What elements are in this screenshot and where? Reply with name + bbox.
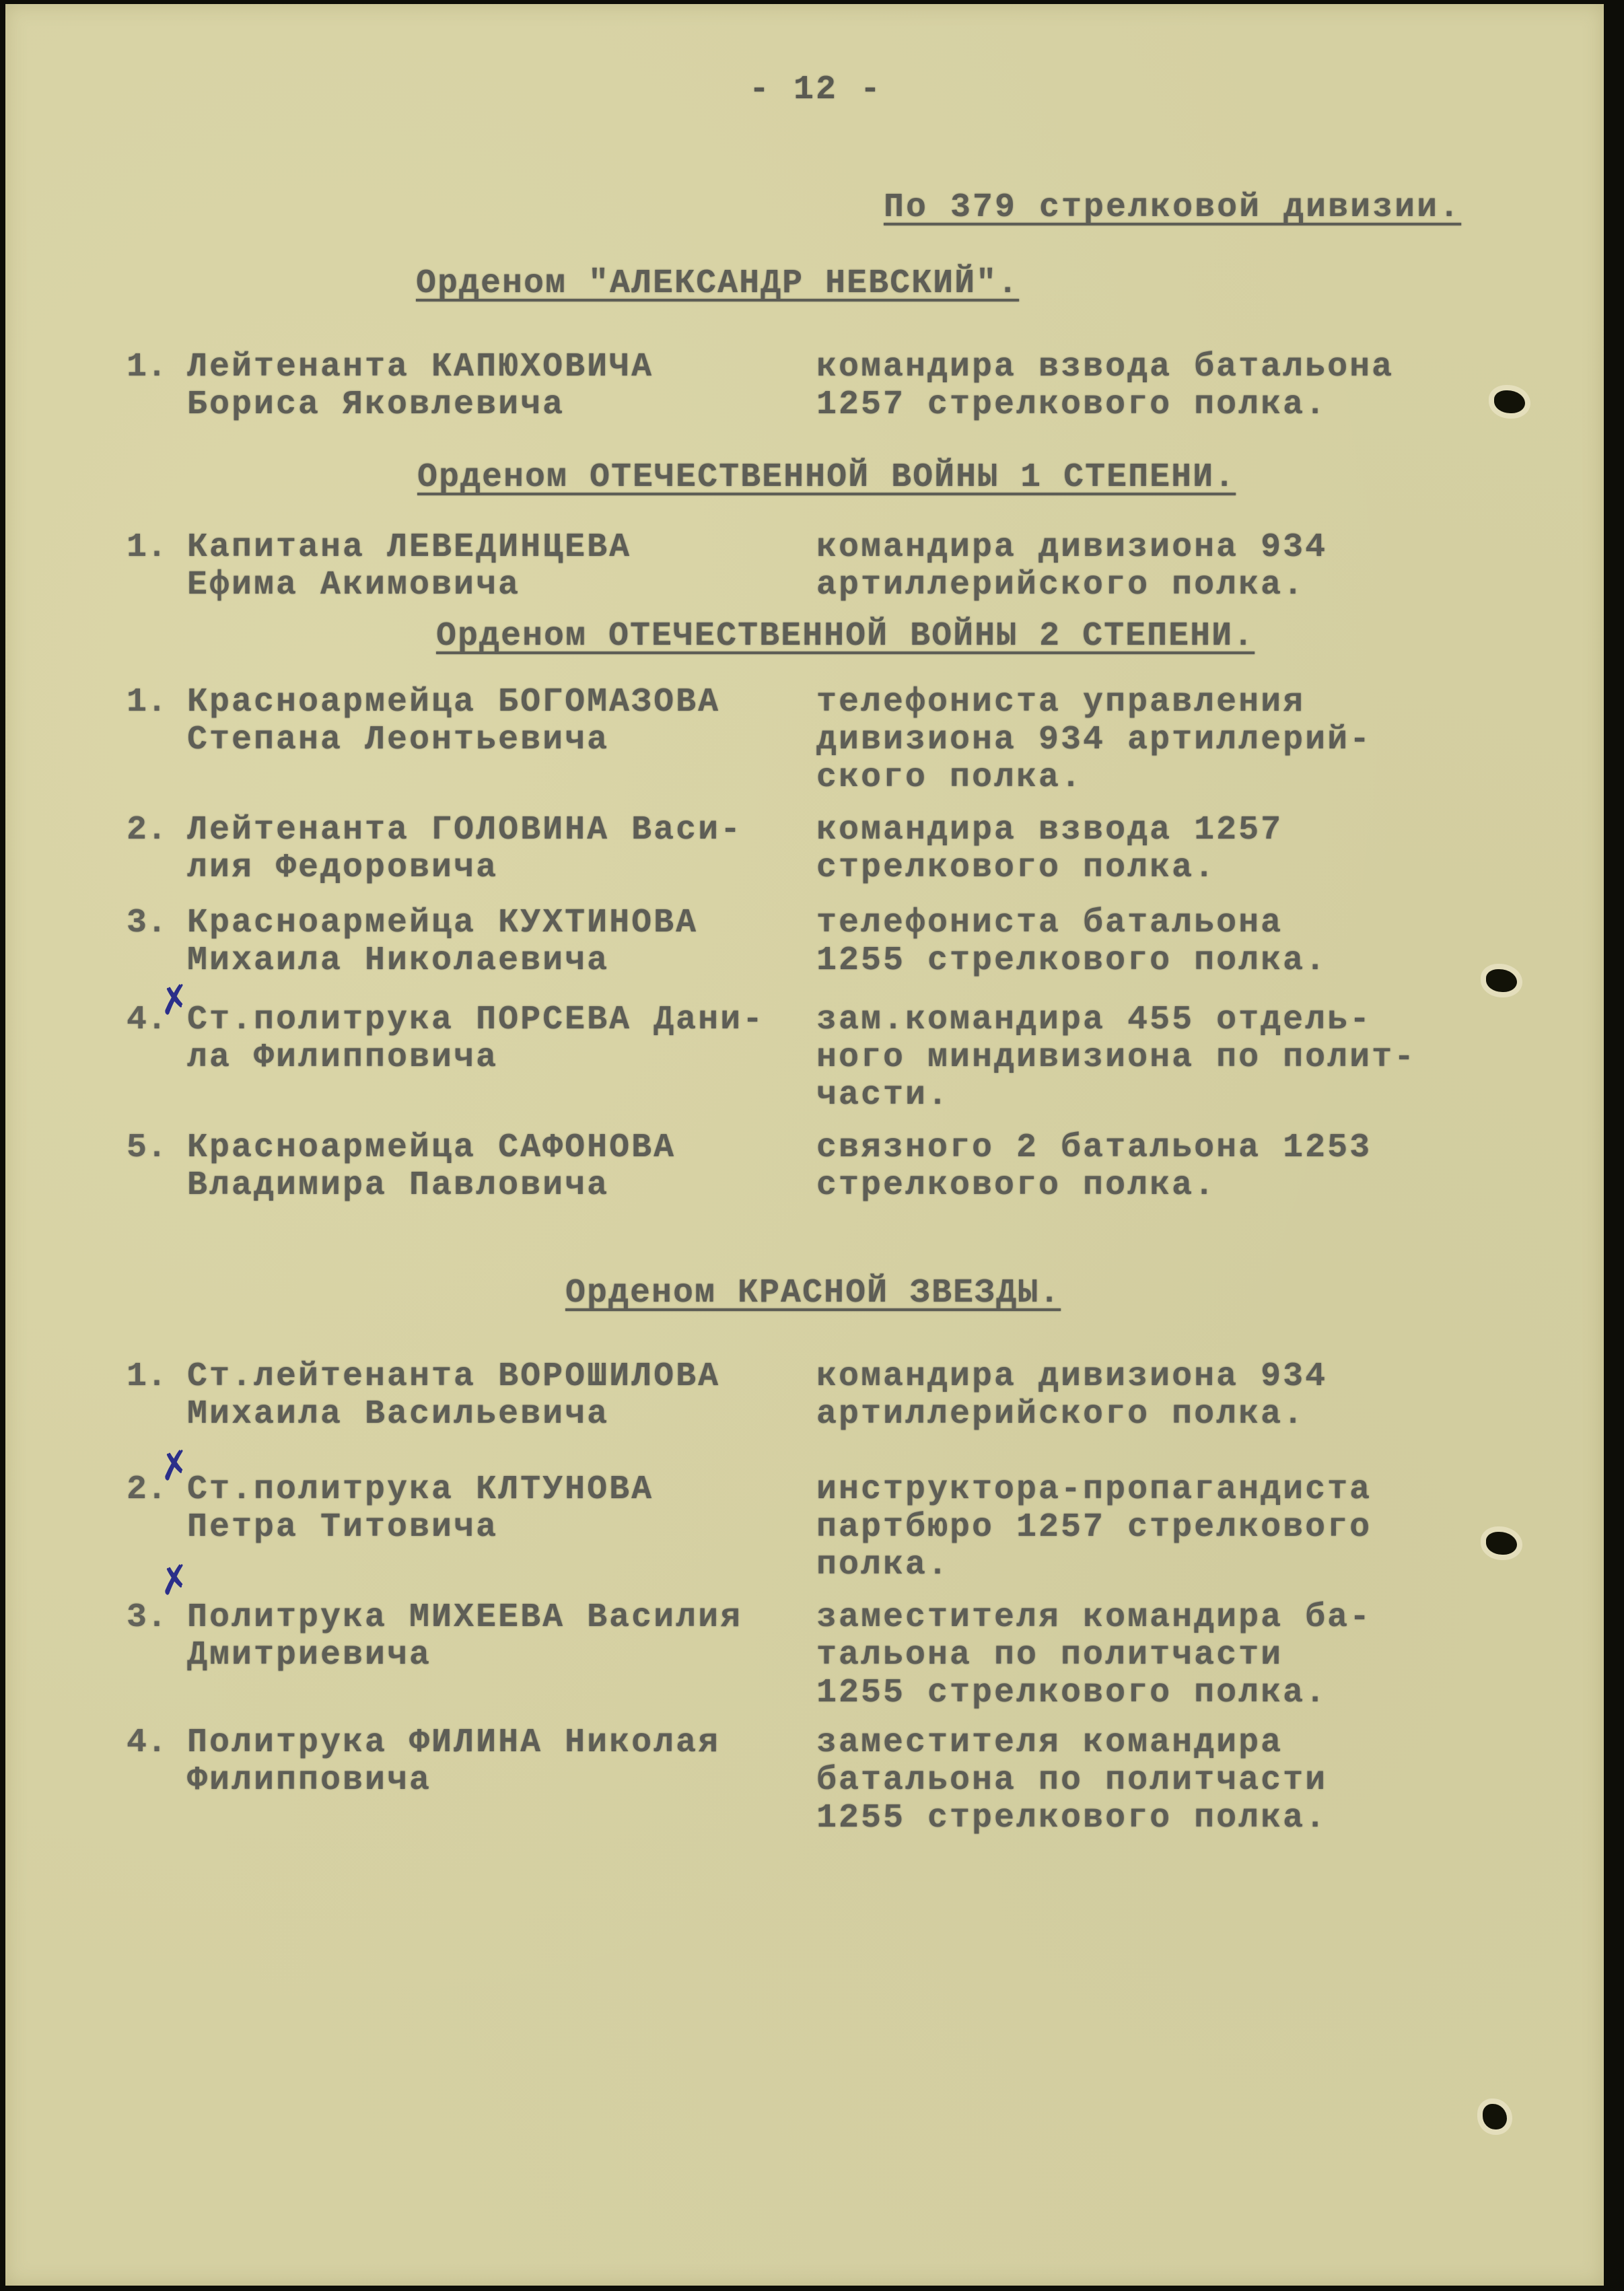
name-line: Филипповича [187, 1762, 793, 1800]
position-line: командира взвода батальона [816, 349, 1422, 386]
position-line: командира взвода 1257 [816, 812, 1422, 849]
entry-number: 2. [127, 1471, 167, 1509]
position-line: артиллерийского полка. [816, 1396, 1422, 1434]
position-line: стрелкового полка. [816, 1167, 1422, 1205]
entry-position: связного 2 батальона 1253 стрелкового по… [816, 1129, 1422, 1205]
entry-number: 1. [127, 1358, 167, 1396]
name-line: Политрука ФИЛИНА Николая [187, 1724, 793, 1762]
position-line: связного 2 батальона 1253 [816, 1129, 1422, 1167]
entry-position: телефониста управления дивизиона 934 арт… [816, 684, 1422, 797]
division-title: По 379 стрелковой дивизии. [884, 189, 1461, 227]
punch-hole-1 [1494, 390, 1525, 413]
position-line: заместителя командира ба- [816, 1599, 1422, 1637]
name-line: Лейтенанта ГОЛОВИНА Васи- [187, 812, 793, 849]
entry-name: Политрука МИХЕЕВА Василия Дмитриевича [187, 1599, 793, 1675]
name-line: Красноармейца КУХТИНОВА [187, 905, 793, 942]
position-line: ского полка. [816, 759, 1422, 797]
name-line: Ст.политрука КЛТУНОВА [187, 1471, 793, 1509]
name-line: Капитана ЛЕВЕДИНЦЕВА [187, 529, 793, 567]
name-line: Михаила Николаевича [187, 942, 793, 980]
position-line: артиллерийского полка. [816, 567, 1422, 604]
position-line: 1255 стрелкового полка. [816, 1800, 1422, 1837]
name-line: Михаила Васильевича [187, 1396, 793, 1434]
entry-number: 3. [127, 905, 167, 942]
entry-number: 1. [127, 349, 167, 386]
entry-number: 4. [127, 1724, 167, 1762]
position-line: телефониста батальона [816, 905, 1422, 942]
name-line: Политрука МИХЕЕВА Василия [187, 1599, 793, 1637]
position-line: командира дивизиона 934 [816, 1358, 1422, 1396]
position-line: заместителя командира [816, 1724, 1422, 1762]
entry-name: Красноармейца БОГОМАЗОВА Степана Леонтье… [187, 684, 793, 759]
page-number: - 12 - [749, 71, 882, 109]
entry-position: телефониста батальона 1255 стрелкового п… [816, 905, 1422, 980]
section-heading-alexander-nevsky: Орденом "АЛЕКСАНДР НЕВСКИЙ". [416, 265, 1019, 303]
name-line: Красноармейца БОГОМАЗОВА [187, 684, 793, 721]
position-line: тальона по политчасти [816, 1637, 1422, 1675]
entry-name: Ст.политрука ПОРСЕВА Дани- ла Филиппович… [187, 1001, 793, 1077]
entry-position: командира взвода батальона 1257 стрелков… [816, 349, 1422, 424]
position-line: части. [816, 1077, 1422, 1115]
entry-name: Политрука ФИЛИНА Николая Филипповича [187, 1724, 793, 1800]
position-line: полка. [816, 1547, 1422, 1584]
position-line: стрелкового полка. [816, 849, 1422, 887]
name-line: Бориса Яковлевича [187, 386, 793, 424]
position-line: батальона по политчасти [816, 1762, 1422, 1800]
position-line: телефониста управления [816, 684, 1422, 721]
entry-number: 4. [127, 1001, 167, 1039]
position-line: ного миндивизиона по полит- [816, 1039, 1422, 1077]
document-page: - 12 - По 379 стрелковой дивизии. Ордено… [5, 4, 1604, 2286]
punch-hole-4 [1483, 2104, 1507, 2129]
name-line: Дмитриевича [187, 1637, 793, 1675]
position-line: дивизиона 934 артиллерий- [816, 721, 1422, 759]
entry-position: командира взвода 1257 стрелкового полка. [816, 812, 1422, 887]
name-line: Степана Леонтьевича [187, 721, 793, 759]
position-line: зам.командира 455 отдель- [816, 1001, 1422, 1039]
name-line: Петра Титовича [187, 1509, 793, 1547]
name-line: Ефима Акимовича [187, 567, 793, 604]
punch-hole-2 [1486, 969, 1517, 992]
section-heading-red-star: Орденом КРАСНОЙ ЗВЕЗДЫ. [565, 1275, 1061, 1312]
entry-position: инструктора-пропагандиста партбюро 1257 … [816, 1471, 1422, 1584]
entry-name: Красноармейца КУХТИНОВА Михаила Николаев… [187, 905, 793, 980]
entry-position: заместителя командира ба- тальона по пол… [816, 1599, 1422, 1712]
position-line: 1255 стрелкового полка. [816, 942, 1422, 980]
position-line: партбюро 1257 стрелкового [816, 1509, 1422, 1547]
entry-number: 1. [127, 684, 167, 721]
name-line: Ст.политрука ПОРСЕВА Дани- [187, 1001, 793, 1039]
position-line: инструктора-пропагандиста [816, 1471, 1422, 1509]
position-line: 1257 стрелкового полка. [816, 386, 1422, 424]
entry-name: Ст.политрука КЛТУНОВА Петра Титовича [187, 1471, 793, 1547]
entry-position: заместителя командира батальона по полит… [816, 1724, 1422, 1837]
entry-name: Лейтенанта КАПЮХОВИЧА Бориса Яковлевича [187, 349, 793, 424]
name-line: Лейтенанта КАПЮХОВИЧА [187, 349, 793, 386]
punch-hole-3 [1486, 1532, 1517, 1555]
position-line: командира дивизиона 934 [816, 529, 1422, 567]
section-heading-patriotic-war-1: Орденом ОТЕЧЕСТВЕННОЙ ВОЙНЫ 1 СТЕПЕНИ. [417, 459, 1236, 497]
pencil-check-mark: ✗ [155, 1556, 194, 1605]
entry-name: Лейтенанта ГОЛОВИНА Васи- лия Федоровича [187, 812, 793, 887]
entry-name: Ст.лейтенанта ВОРОШИЛОВА Михаила Василье… [187, 1358, 793, 1434]
entry-position: зам.командира 455 отдель- ного миндивизи… [816, 1001, 1422, 1115]
name-line: лия Федоровича [187, 849, 793, 887]
entry-position: командира дивизиона 934 артиллерийского … [816, 1358, 1422, 1434]
section-heading-patriotic-war-2: Орденом ОТЕЧЕСТВЕННОЙ ВОЙНЫ 2 СТЕПЕНИ. [436, 618, 1255, 656]
name-line: Ст.лейтенанта ВОРОШИЛОВА [187, 1358, 793, 1396]
name-line: ла Филипповича [187, 1039, 793, 1077]
entry-position: командира дивизиона 934 артиллерийского … [816, 529, 1422, 604]
entry-number: 3. [127, 1599, 167, 1637]
entry-number: 2. [127, 812, 167, 849]
entry-number: 1. [127, 529, 167, 567]
entry-number: 5. [127, 1129, 167, 1167]
entry-name: Капитана ЛЕВЕДИНЦЕВА Ефима Акимовича [187, 529, 793, 604]
entry-name: Красноармейца САФОНОВА Владимира Павлови… [187, 1129, 793, 1205]
position-line: 1255 стрелкового полка. [816, 1675, 1422, 1712]
name-line: Владимира Павловича [187, 1167, 793, 1205]
name-line: Красноармейца САФОНОВА [187, 1129, 793, 1167]
